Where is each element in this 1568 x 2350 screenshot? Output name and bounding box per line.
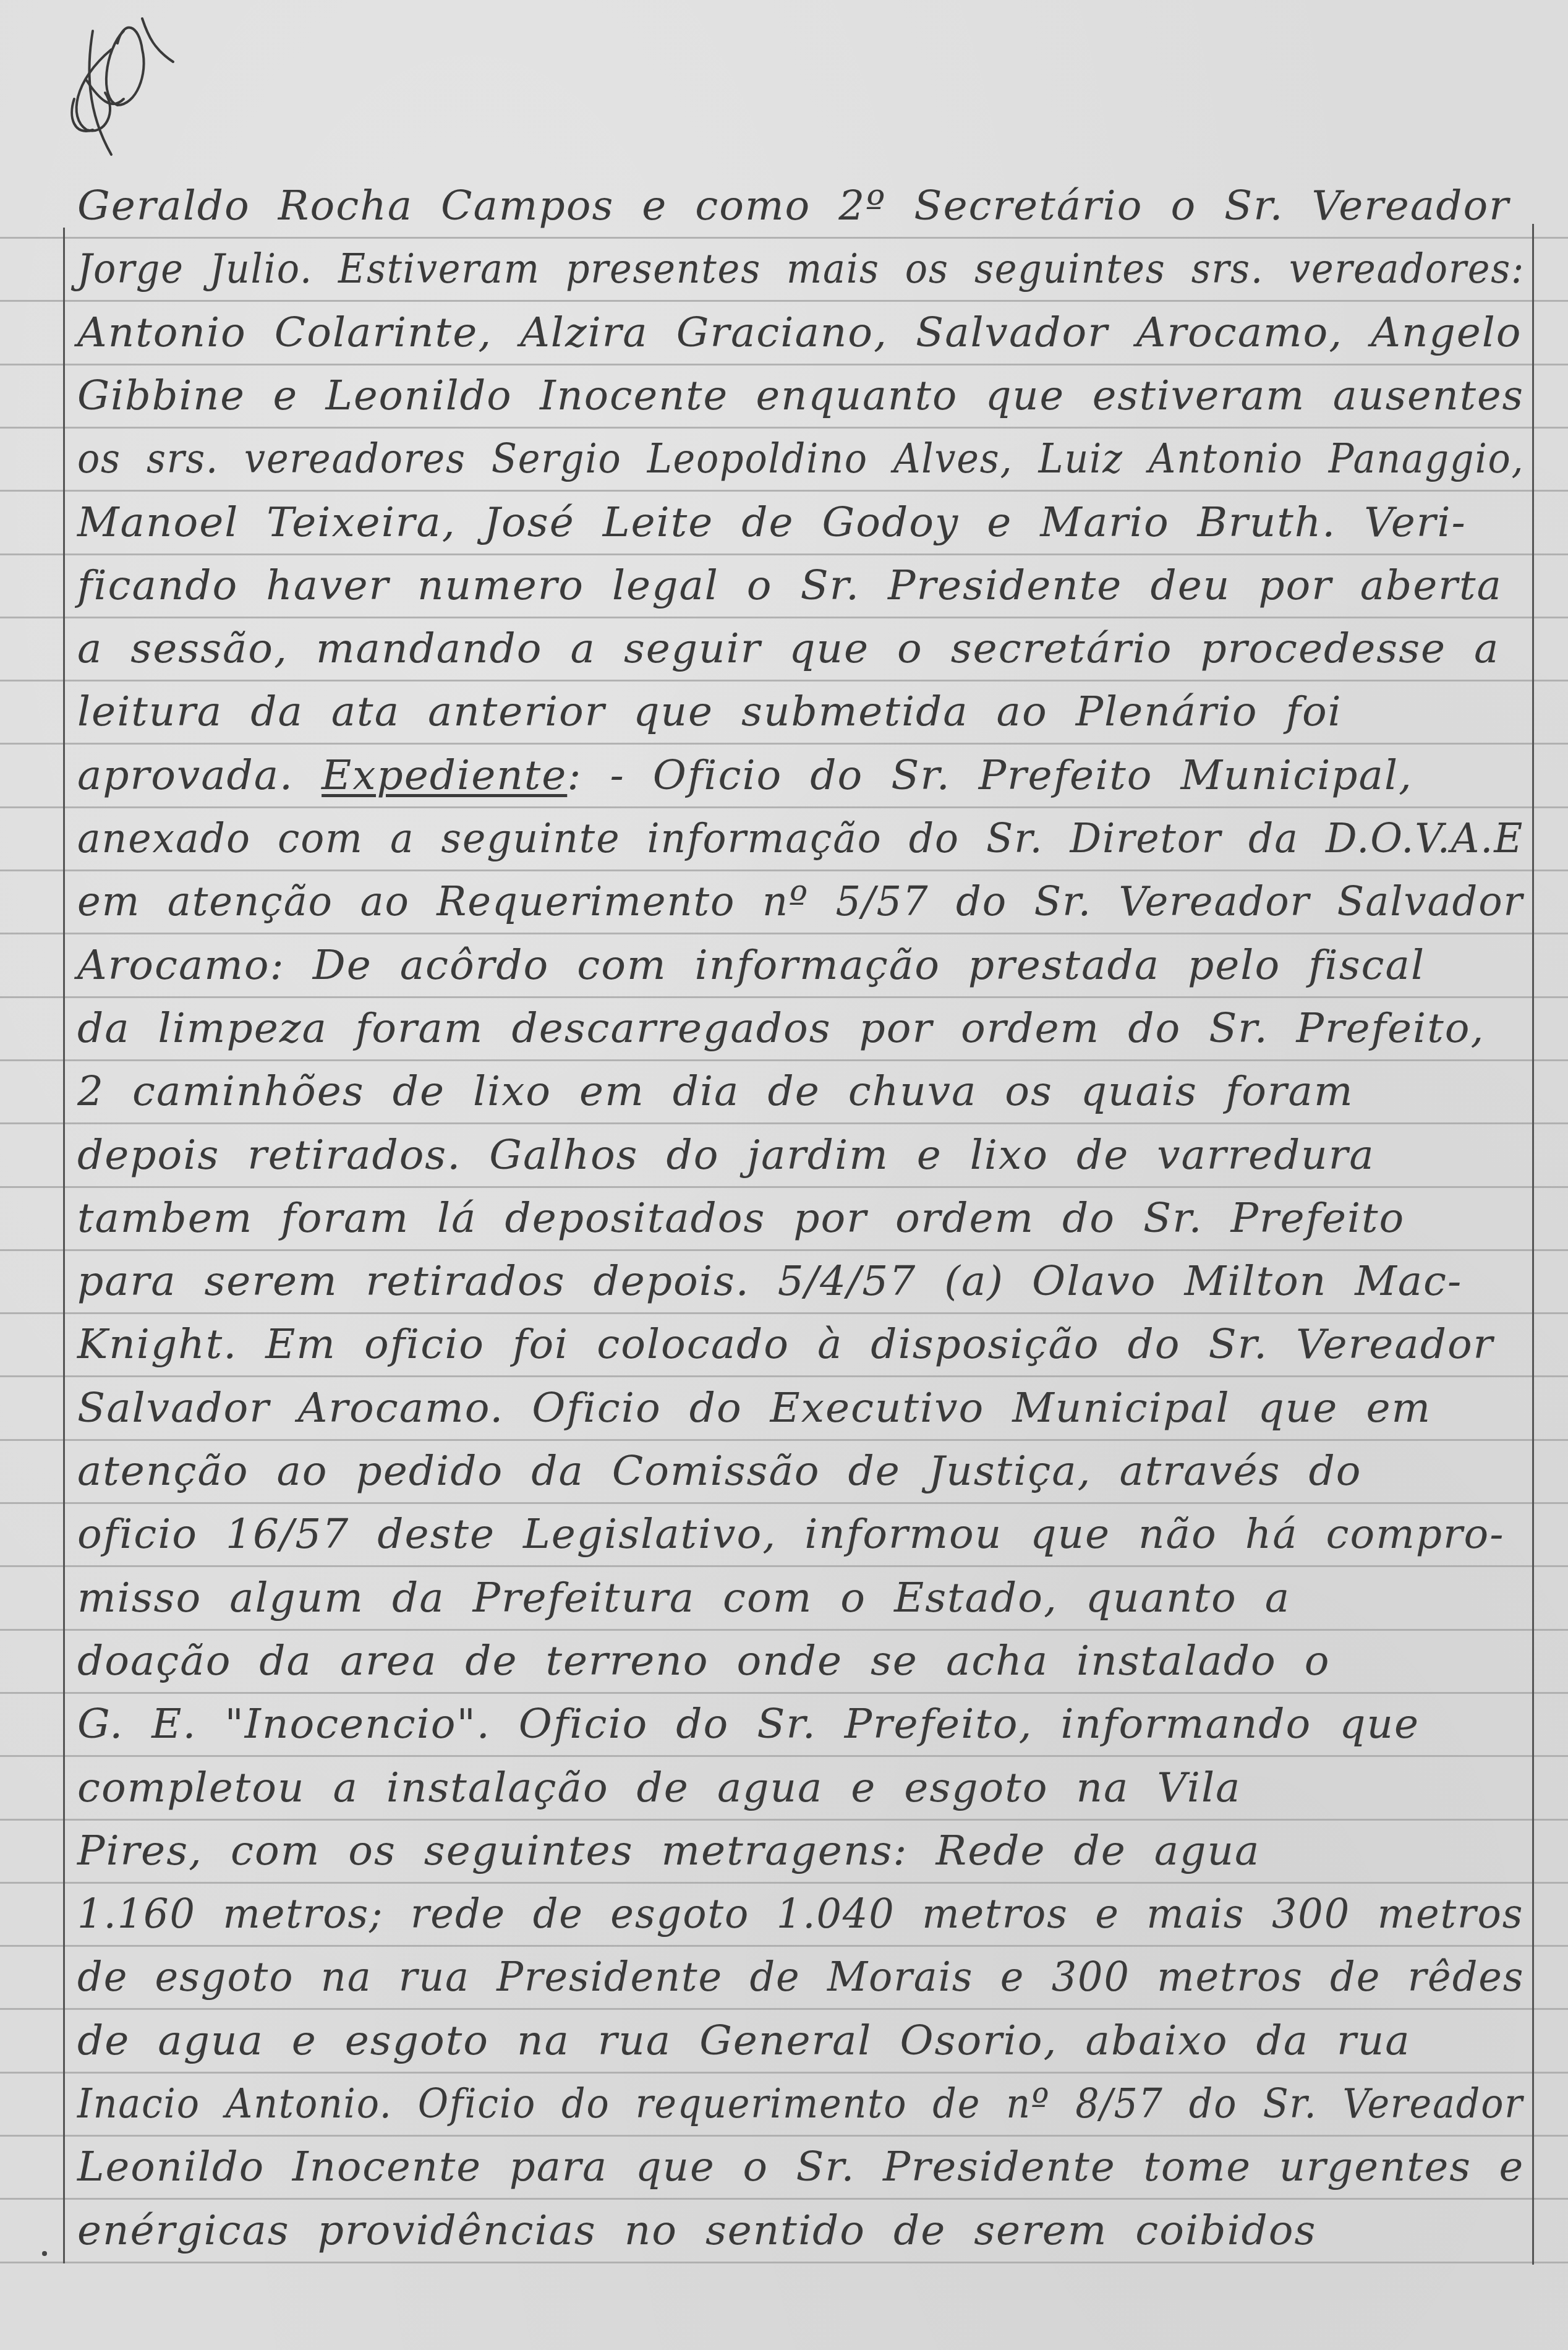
text-line: os srs. vereadores Sergio Leopoldino Alv… [77,428,1398,490]
initials-signature-icon [49,12,185,161]
text-line: tambem foram lá depositados por ordem do… [77,1187,1524,1249]
text-line: ficando haver numero legal o Sr. Preside… [77,555,1524,617]
text-line: Geraldo Rocha Campos e como 2º Secretári… [77,175,1524,237]
text-line: atenção ao pedido da Comissão de Justiça… [77,1440,1524,1502]
text-line: Knight. Em oficio foi colocado à disposi… [77,1314,1524,1375]
text-line: Arocamo: De acôrdo com informação presta… [77,934,1524,996]
text-line: enérgicas providências no sentido de ser… [77,2200,1524,2262]
text-line: Inacio Antonio. Oficio do requerimento d… [77,2073,1398,2135]
underlined-heading: Expediente [322,751,567,799]
margin-dot [42,2251,47,2256]
text-line: aprovada. Expediente: - Oficio do Sr. Pr… [77,745,1524,806]
text-line: da limpeza foram descarregados por ordem… [77,998,1524,1059]
text-line: Salvador Arocamo. Oficio do Executivo Mu… [77,1377,1524,1439]
text-line: oficio 16/57 deste Legislativo, informou… [77,1503,1524,1565]
text-line: Leonildo Inocente para que o Sr. Preside… [77,2136,1514,2198]
right-margin-line [1532,224,1534,2265]
notebook-page: Geraldo Rocha Campos e como 2º Secretári… [0,0,1568,2350]
text-line: G. E. "Inocencio". Oficio do Sr. Prefeit… [77,1693,1524,1755]
text-line: em atenção ao Requerimento nº 5/57 do Sr… [77,871,1476,933]
text-line: completou a instalação de agua e esgoto … [77,1757,1524,1819]
text-line: de agua e esgoto na rua General Osorio, … [77,2010,1524,2072]
text-line: Manoel Teixeira, José Leite de Godoy e M… [77,492,1524,553]
text-line: doação da area de terreno onde se acha i… [77,1630,1524,1692]
left-margin-line [63,228,65,2263]
ruled-line [0,2262,1568,2263]
text-line: depois retirados. Galhos do jardim e lix… [77,1124,1524,1186]
text-line: Gibbine e Leonildo Inocente enquanto que… [77,365,1508,427]
text-line: 2 caminhões de lixo em dia de chuva os q… [77,1061,1524,1122]
text-line: anexado com a seguinte informação do Sr.… [77,808,1462,869]
text-line: de esgoto na rua Presidente de Morais e … [77,1946,1472,2008]
text-line: para serem retirados depois. 5/4/57 (a) … [77,1250,1524,1312]
text-line: Antonio Colarinte, Alzira Graciano, Salv… [77,302,1524,364]
text-line: a sessão, mandando a seguir que o secret… [77,618,1524,680]
text-line: Pires, com os seguintes metragens: Rede … [77,1820,1524,1882]
text-line: Jorge Julio. Estiveram presentes mais os… [77,238,1400,300]
text-line: leitura da ata anterior que submetida ao… [77,681,1524,743]
text-line: 1.160 metros; rede de esgoto 1.040 metro… [77,1883,1473,1945]
text-line: misso algum da Prefeitura com o Estado, … [77,1567,1524,1629]
